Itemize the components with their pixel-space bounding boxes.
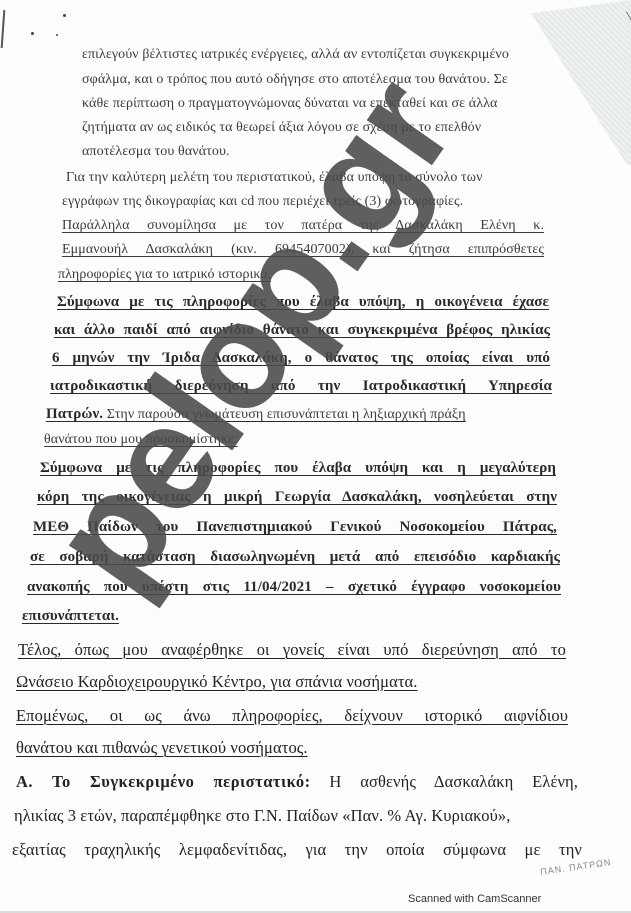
page-edge-shadow (1, 10, 6, 48)
text-line-underlined: Ωνάσειο Καρδιοχειρουργικό Κέντρο, για σπ… (16, 672, 418, 692)
text-line-bold-underlined: ΜΕΘ Παίδων του Πανεπιστημιακού Γενικού Ν… (33, 517, 557, 537)
text-line-bold-underlined: ιατροδικαστική διερεύνηση από την Ιατροδ… (50, 376, 552, 396)
text-line-underlined: Παράλληλα συνομίλησα με τον πατέρα της Δ… (62, 216, 544, 236)
text-line: κάθε περίπτωση ο πραγματογνώμονας δύνατα… (82, 94, 542, 114)
text-line: ηλικίας 3 ετών, παραπέμφθηκε στο Γ.Ν. Πα… (14, 806, 584, 826)
text-line: σφάλμα, και ο τρόπος που αυτό οδήγησε στ… (82, 70, 542, 90)
text-line-underlined: θανάτου και πιθανώς γενετικού νοσήματος. (16, 738, 308, 758)
scan-speck (56, 34, 58, 36)
text-span: Η ασθενής Δασκαλάκη Ελένη, (311, 772, 578, 791)
text-line-underlined: πληροφορίες για το ιατρικό ιστορικό. (58, 265, 271, 285)
text-line: ζητήματα αν ως ειδικός τα θεωρεί άξια λό… (82, 118, 542, 138)
text-line-underlined: Εμμανουήλ Δασκαλάκη (κιν. 6945407002), κ… (62, 240, 544, 260)
text-line-underlined: θανάτου που μου προσκομίστηκε. (44, 430, 238, 450)
text-line: αποτέλεσμα του θανάτου. (82, 142, 230, 162)
text-line-bold-underlined: κόρη της οικογένειας η μικρή Γεωργία Δασ… (37, 487, 557, 507)
scan-speck (63, 14, 66, 17)
text-line-underlined: Επομένως, οι ως άνω πληροφορίες, δείχνου… (16, 706, 568, 726)
section-a-first-line: Α. Το Συγκεκριμένο περιστατικό: Η ασθενή… (16, 772, 578, 792)
scan-speck (31, 32, 34, 35)
text-span-bold: Πατρών. (46, 406, 103, 422)
text-line: επιλεγούν βέλτιστες ιατρικές ενέργειες, … (82, 45, 542, 65)
text-line-bold-underlined: Σύμφωνα με τις πληροφορίες που έλαβα υπό… (57, 292, 549, 312)
text-line: εγγράφων της δικογραφίας και cd που περι… (62, 192, 463, 212)
text-line: Για την καλύτερη μελέτη του περιστατικού… (66, 168, 540, 188)
section-a-heading: Α. Το Συγκεκριμένο περιστατικό: (16, 772, 311, 791)
scanned-document-page: επιλεγούν βέλτιστες ιατρικές ενέργειες, … (0, 0, 631, 913)
text-line-bold-underlined: σε σοβαρή κατάσταση διασωληνωμένη μετά α… (30, 547, 560, 567)
scanner-footer-label: Scanned with CamScanner (408, 893, 541, 905)
text-line-bold-underlined: Σύμφωνα με τις πληροφορίες που έλαβα υπό… (40, 458, 556, 478)
text-line-underlined: Πατρών. Στην παρούσα γνωμάτευση επισυνάπ… (46, 404, 554, 425)
faded-stamp: ΠΑΝ. ΠΑΤΡΩΝ (540, 857, 612, 877)
text-line: εξαιτίας τραχηλικής λεμφαδενίτιδας, για … (12, 840, 582, 860)
text-line-bold-underlined: και άλλο παιδί από αιφνίδιο θάνατο και σ… (54, 320, 550, 340)
text-line-bold-underlined: επισυνάπτεται. (22, 606, 119, 626)
text-line-bold-underlined: 6 μηνών την Ίριδα Δασκαλάκη, ο θάνατος τ… (52, 348, 550, 368)
text-line-bold-underlined: ανακοπής που υπέστη στις 11/04/2021 – σχ… (27, 577, 561, 597)
folded-corner (531, 0, 631, 165)
text-line-underlined: Τέλος, όπως μου αναφέρθηκε οι γονείς είν… (18, 640, 566, 660)
text-span: Στην παρούσα γνωμάτευση επισυνάπτεται η … (103, 407, 466, 422)
